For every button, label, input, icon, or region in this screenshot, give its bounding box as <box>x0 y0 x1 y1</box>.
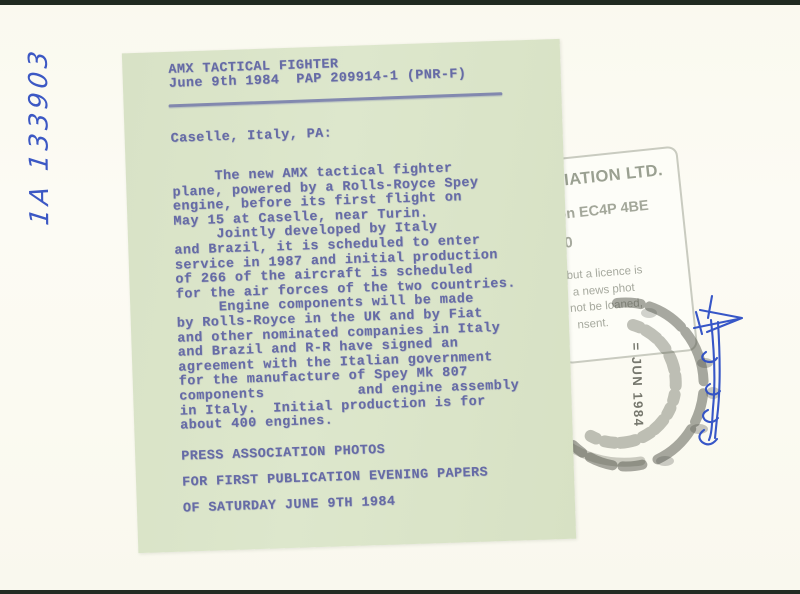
handwritten-scribble-icon <box>688 288 758 453</box>
caption-body-text: The new AMX tactical fighter plane, powe… <box>172 161 521 435</box>
typed-rule <box>169 92 503 107</box>
handwritten-reference-number: 1A 133903 <box>24 27 68 247</box>
stamp-company-line: CIATION LTD. <box>551 160 672 191</box>
scan-edge-top <box>0 0 800 5</box>
date-stamp-text: = JUN 1984 <box>625 335 646 436</box>
caption-footer-agency: PRESS ASSOCIATION PHOTOS <box>181 443 385 465</box>
photo-scan: CIATION LTD. on EC4P 4BE :0 but a licenc… <box>0 0 800 594</box>
caption-footer-publication: FOR FIRST PUBLICATION EVENING PAPERS <box>182 465 488 490</box>
caption-footer-date: OF SATURDAY JUNE 9TH 1984 <box>183 495 396 517</box>
stamp-phone-fragment: :0 <box>559 223 679 252</box>
caption-sheet: AMX TACTICAL FIGHTER June 9th 1984 PAP 2… <box>122 39 576 553</box>
stamp-address-line: on EC4P 4BE <box>557 195 676 223</box>
scan-edge-bottom <box>0 590 800 594</box>
caption-dateline: Caselle, Italy, PA: <box>170 126 332 146</box>
